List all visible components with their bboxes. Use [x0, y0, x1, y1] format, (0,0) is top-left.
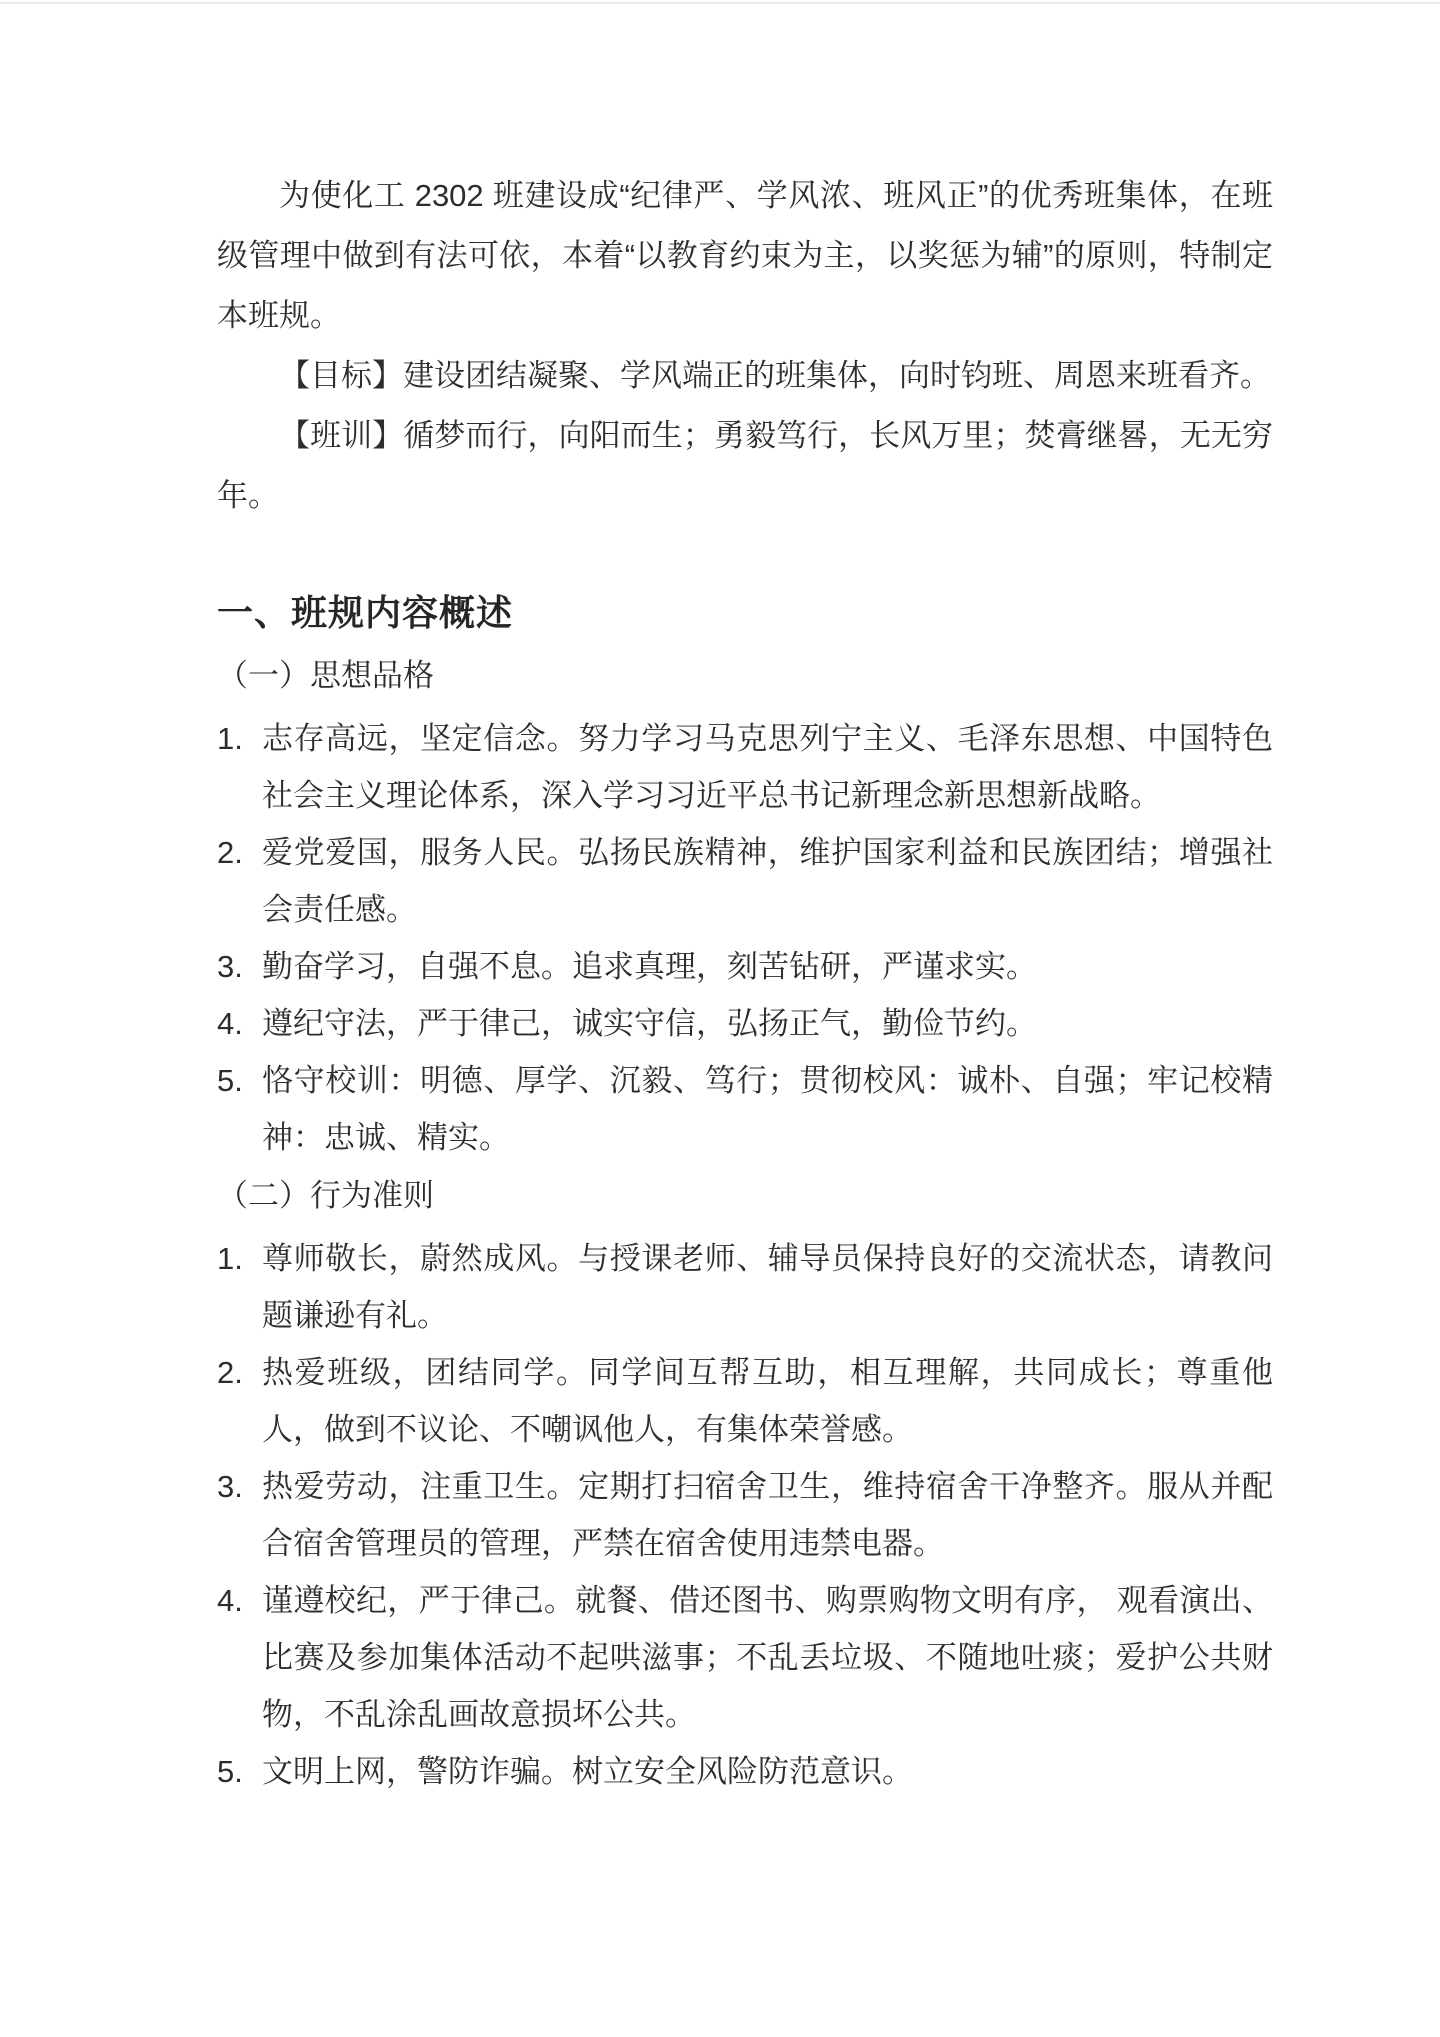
rule-item-text: 谨遵校纪，严于律己。就餐、借还图书、购票购物文明有序， 观看演出、比赛及参加集体…	[262, 1572, 1273, 1743]
rule-item-number: 1.	[217, 1230, 262, 1344]
goal-line: 【目标】建设团结凝聚、学风端正的班集体，向时钧班、周恩来班看齐。	[217, 346, 1273, 406]
rule-item: 1. 尊师敬长，蔚然成风。与授课老师、辅导员保持良好的交流状态，请教问题谦逊有礼…	[217, 1230, 1273, 1344]
document-page: 为使化工 2302 班建设成“纪律严、学风浓、班风正”的优秀班集体，在班级管理中…	[0, 0, 1440, 2037]
rule-item-text: 恪守校训：明德、厚学、沉毅、笃行；贯彻校风：诚朴、自强；牢记校精神：忠诚、精实。	[262, 1052, 1273, 1166]
rule-item-number: 3.	[217, 1458, 262, 1572]
rule-item-number: 2.	[217, 824, 262, 938]
rule-item-text: 遵纪守法，严于律己，诚实守信，弘扬正气，勤俭节约。	[262, 995, 1273, 1052]
rule-section: （二）行为准则 1. 尊师敬长，蔚然成风。与授课老师、辅导员保持良好的交流状态，…	[217, 1166, 1273, 1800]
rule-item-number: 5.	[217, 1052, 262, 1166]
rule-item: 5. 恪守校训：明德、厚学、沉毅、笃行；贯彻校风：诚朴、自强；牢记校精神：忠诚、…	[217, 1052, 1273, 1166]
rule-list: 1. 志存高远，坚定信念。努力学习马克思列宁主义、毛泽东思想、中国特色社会主义理…	[217, 710, 1273, 1166]
rule-item-number: 4.	[217, 1572, 262, 1743]
rule-item: 2. 爱党爱国，服务人民。弘扬民族精神，维护国家利益和民族团结；增强社会责任感。	[217, 824, 1273, 938]
rule-item: 4. 遵纪守法，严于律己，诚实守信，弘扬正气，勤俭节约。	[217, 995, 1273, 1052]
page-top-divider	[0, 2, 1440, 4]
rule-item: 4. 谨遵校纪，严于律己。就餐、借还图书、购票购物文明有序， 观看演出、比赛及参…	[217, 1572, 1273, 1743]
rule-item: 3. 勤奋学习，自强不息。追求真理，刻苦钻研，严谨求实。	[217, 938, 1273, 995]
rule-item-number: 5.	[217, 1743, 262, 1800]
rule-item-text: 勤奋学习，自强不息。追求真理，刻苦钻研，严谨求实。	[262, 938, 1273, 995]
rule-item-number: 3.	[217, 938, 262, 995]
document-content: 为使化工 2302 班建设成“纪律严、学风浓、班风正”的优秀班集体，在班级管理中…	[217, 166, 1273, 1800]
rule-item: 1. 志存高远，坚定信念。努力学习马克思列宁主义、毛泽东思想、中国特色社会主义理…	[217, 710, 1273, 824]
rule-list: 1. 尊师敬长，蔚然成风。与授课老师、辅导员保持良好的交流状态，请教问题谦逊有礼…	[217, 1230, 1273, 1800]
rule-item-number: 2.	[217, 1344, 262, 1458]
rule-item-text: 热爱劳动，注重卫生。定期打扫宿舍卫生，维持宿舍干净整齐。服从并配合宿舍管理员的管…	[262, 1458, 1273, 1572]
intro-paragraph: 为使化工 2302 班建设成“纪律严、学风浓、班风正”的优秀班集体，在班级管理中…	[217, 166, 1273, 346]
rule-section: （一）思想品格 1. 志存高远，坚定信念。努力学习马克思列宁主义、毛泽东思想、中…	[217, 646, 1273, 1166]
rule-sections: （一）思想品格 1. 志存高远，坚定信念。努力学习马克思列宁主义、毛泽东思想、中…	[217, 646, 1273, 1800]
section-label: （一）思想品格	[217, 646, 1273, 706]
rule-item-text: 爱党爱国，服务人民。弘扬民族精神，维护国家利益和民族团结；增强社会责任感。	[262, 824, 1273, 938]
rule-item-number: 4.	[217, 995, 262, 1052]
rule-item-text: 热爱班级，团结同学。同学间互帮互助，相互理解，共同成长；尊重他人，做到不议论、不…	[262, 1344, 1273, 1458]
rule-item: 5. 文明上网，警防诈骗。树立安全风险防范意识。	[217, 1743, 1273, 1800]
rule-item: 3. 热爱劳动，注重卫生。定期打扫宿舍卫生，维持宿舍干净整齐。服从并配合宿舍管理…	[217, 1458, 1273, 1572]
rule-item-text: 文明上网，警防诈骗。树立安全风险防范意识。	[262, 1743, 1273, 1800]
overview-heading: 一、班规内容概述	[217, 580, 1273, 646]
section-label: （二）行为准则	[217, 1166, 1273, 1226]
rule-item-text: 志存高远，坚定信念。努力学习马克思列宁主义、毛泽东思想、中国特色社会主义理论体系…	[262, 710, 1273, 824]
rule-item: 2. 热爱班级，团结同学。同学间互帮互助，相互理解，共同成长；尊重他人，做到不议…	[217, 1344, 1273, 1458]
rule-item-text: 尊师敬长，蔚然成风。与授课老师、辅导员保持良好的交流状态，请教问题谦逊有礼。	[262, 1230, 1273, 1344]
rule-item-number: 1.	[217, 710, 262, 824]
motto-line: 【班训】循梦而行，向阳而生；勇毅笃行，长风万里；焚膏继晷，无无穷年。	[217, 406, 1273, 526]
